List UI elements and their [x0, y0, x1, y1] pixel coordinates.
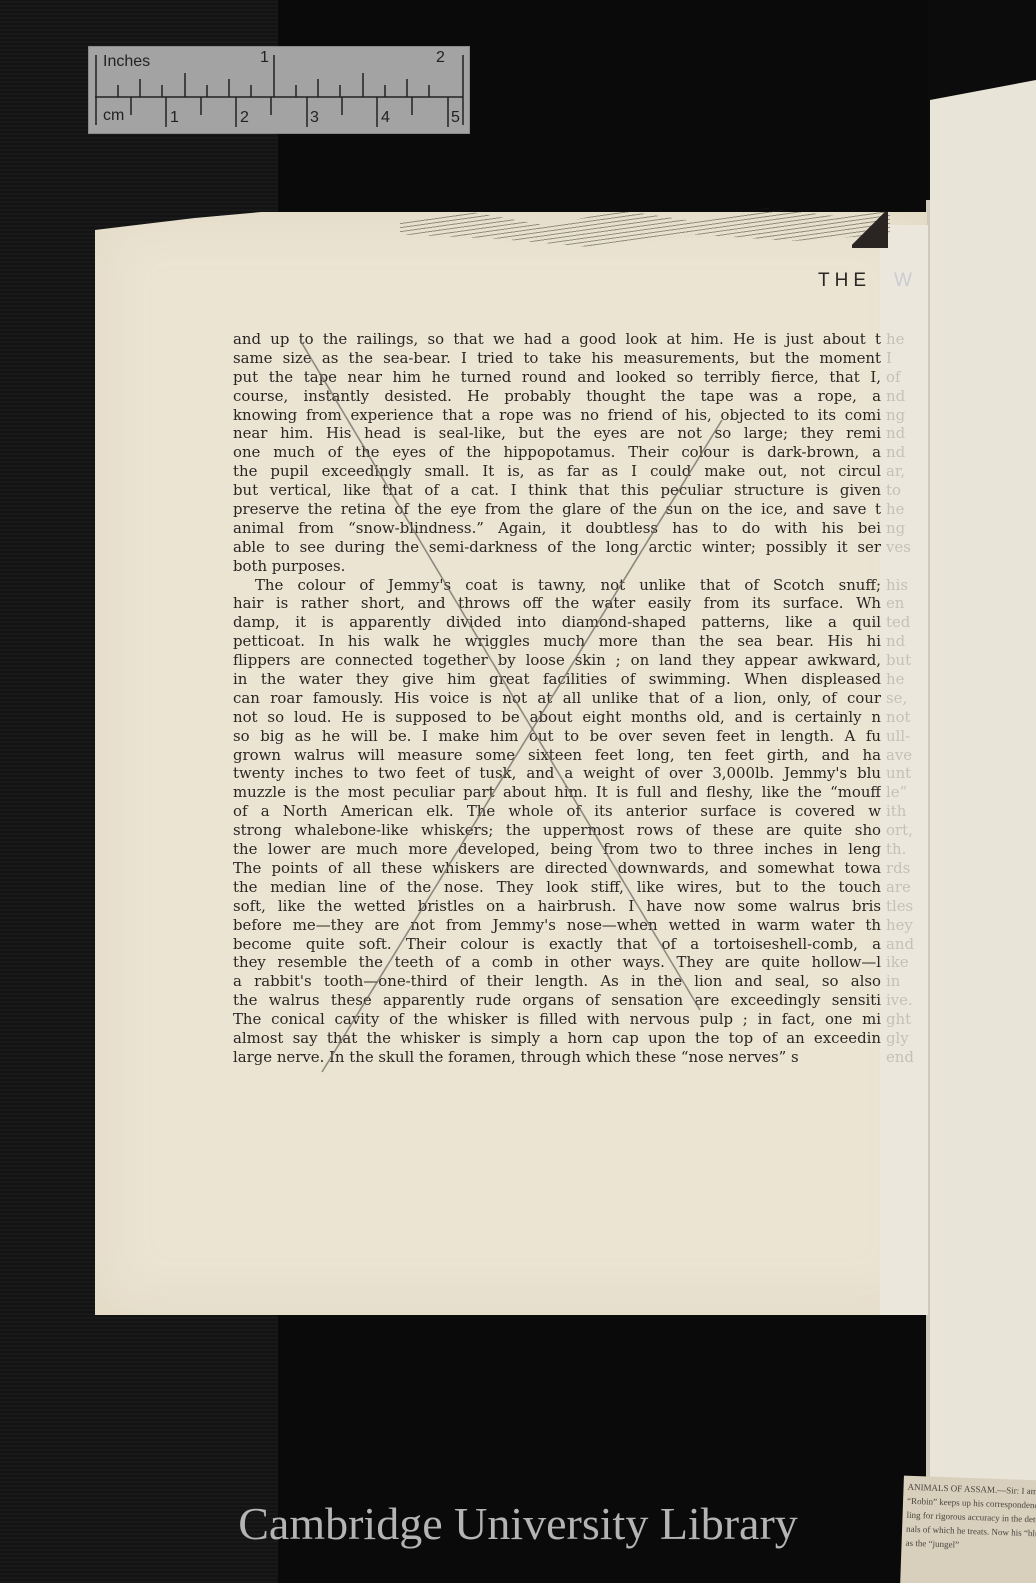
show-through-fragment: nd [886, 424, 926, 443]
show-through-fragment: he [886, 670, 926, 689]
scale-ruler: Inches 1 2 cm 1 2 3 4 5 [88, 46, 470, 134]
text-line: both purposes. [233, 557, 881, 576]
show-through-fragment: of [886, 368, 926, 387]
show-through-fragment: unt [886, 764, 926, 783]
show-through-fragment: rds [886, 859, 926, 878]
text-line: almost say that the whisker is simply a … [233, 1029, 881, 1048]
running-head-cut: W [894, 270, 912, 292]
show-through-fragment: I [886, 349, 926, 368]
text-line: become quite soft. Their colour is exact… [233, 935, 881, 954]
show-through-fragment: and [886, 935, 926, 954]
ruler-cm-label: cm [103, 107, 124, 125]
text-line: muzzle is the most peculiar part about h… [233, 783, 881, 802]
text-line: not so loud. He is supposed to be about … [233, 708, 881, 727]
article-body: and up to the railings, so that we had a… [233, 330, 893, 1067]
show-through-fragment: le” [886, 783, 926, 802]
show-through-fragment: end [886, 1048, 926, 1067]
text-line: same size as the sea-bear. I tried to ta… [233, 349, 881, 368]
show-through-fragment: ght [886, 1010, 926, 1029]
show-through-fragment: ted [886, 613, 926, 632]
text-line: the lower are much more developed, being… [233, 840, 881, 859]
ruler-inch-2: 2 [436, 49, 445, 67]
show-through-fragment: nd [886, 443, 926, 462]
text-line: twenty inches to two feet of tusk, and a… [233, 764, 881, 783]
show-through-fragment: ort, [886, 821, 926, 840]
ruler-cm-1: 1 [170, 109, 179, 127]
text-line: preserve the retina of the eye from the … [233, 500, 881, 519]
show-through-fragment: ike [886, 953, 926, 972]
show-through-fragment: en [886, 594, 926, 613]
text-line: soft, like the wetted bristles on a hair… [233, 897, 881, 916]
text-line: large nerve. In the skull the foramen, t… [233, 1048, 881, 1067]
running-head: THE [818, 270, 871, 292]
show-through-fragment: ive. [886, 991, 926, 1010]
text-line: able to see during the semi-darkness of … [233, 538, 881, 557]
show-through-fragment: he [886, 330, 926, 349]
text-line: strong whalebone-like whiskers; the uppe… [233, 821, 881, 840]
ruler-cm-2: 2 [240, 109, 249, 127]
show-through-fragment: ar, [886, 462, 926, 481]
show-through-fragment: ave [886, 746, 926, 765]
text-line: put the tape near him he turned round an… [233, 368, 881, 387]
show-through-fragment: ng [886, 519, 926, 538]
text-line: in the water they give him great facilit… [233, 670, 881, 689]
text-line: animal from “snow-blindness.” Again, it … [233, 519, 881, 538]
text-line: The points of all these whiskers are dir… [233, 859, 881, 878]
show-through-fragment: ith [886, 802, 926, 821]
show-through-fragment: ves [886, 538, 926, 557]
text-line: course, instantly desisted. He probably … [233, 387, 881, 406]
ruler-cm-4: 4 [381, 109, 390, 127]
library-watermark: Cambridge University Library [0, 1497, 1036, 1550]
text-line: of a North American elk. The whole of it… [233, 802, 881, 821]
ruler-inches-label: Inches [103, 53, 150, 71]
text-line: The colour of Jemmy's coat is tawny, not… [233, 576, 881, 595]
text-line: near him. His head is seal-like, but the… [233, 424, 881, 443]
text-line: hair is rather short, and throws off the… [233, 594, 881, 613]
show-through-fragment: in [886, 972, 926, 991]
text-line: the median line of the nose. They look s… [233, 878, 881, 897]
show-through-fragment [886, 557, 926, 576]
show-through-fragment: not [886, 708, 926, 727]
show-through-fragment: to [886, 481, 926, 500]
show-through-fragment: nd [886, 632, 926, 651]
text-line: so big as he will be. I make him out to … [233, 727, 881, 746]
text-line: one much of the eyes of the hippopotamus… [233, 443, 881, 462]
text-line: a rabbit's tooth—one-third of their leng… [233, 972, 881, 991]
text-line: but vertical, like that of a cat. I thin… [233, 481, 881, 500]
adjacent-leaf [930, 80, 1036, 1583]
text-line: grown walrus will measure some sixteen f… [233, 746, 881, 765]
text-line: the walrus these apparently rude organs … [233, 991, 881, 1010]
show-through-fragment: he [886, 500, 926, 519]
text-line: they resemble the teeth of a comb in oth… [233, 953, 881, 972]
ruler-cm-5: 5 [451, 109, 460, 127]
ruler-inch-1: 1 [260, 49, 269, 67]
show-through-fragment: th. [886, 840, 926, 859]
show-through-fragment: ull- [886, 727, 926, 746]
show-through-fragment: nd [886, 387, 926, 406]
text-line: damp, it is apparently divided into diam… [233, 613, 881, 632]
show-through-fragment: tles [886, 897, 926, 916]
text-line: The conical cavity of the whisker is fil… [233, 1010, 881, 1029]
text-line: petticoat. In his walk he wriggles much … [233, 632, 881, 651]
text-line: knowing from experience that a rope was … [233, 406, 881, 425]
show-through-fragment: are [886, 878, 926, 897]
show-through-fragment: gly [886, 1029, 926, 1048]
show-through-fragment: ng [886, 406, 926, 425]
text-line: before me—they are not from Jemmy's nose… [233, 916, 881, 935]
engraving-corner-icon [852, 212, 888, 248]
show-through-fragment: se, [886, 689, 926, 708]
ruler-cm-3: 3 [310, 109, 319, 127]
show-through-fragment: but [886, 651, 926, 670]
text-line: and up to the railings, so that we had a… [233, 330, 881, 349]
text-line: can roar famously. His voice is not at a… [233, 689, 881, 708]
show-through-fragment: hey [886, 916, 926, 935]
text-line: flippers are connected together by loose… [233, 651, 881, 670]
text-line: the pupil exceedingly small. It is, as f… [233, 462, 881, 481]
show-through-margin: heIofndngndndar,tohengveshisentedndbuthe… [886, 330, 926, 1067]
show-through-fragment: his [886, 576, 926, 595]
